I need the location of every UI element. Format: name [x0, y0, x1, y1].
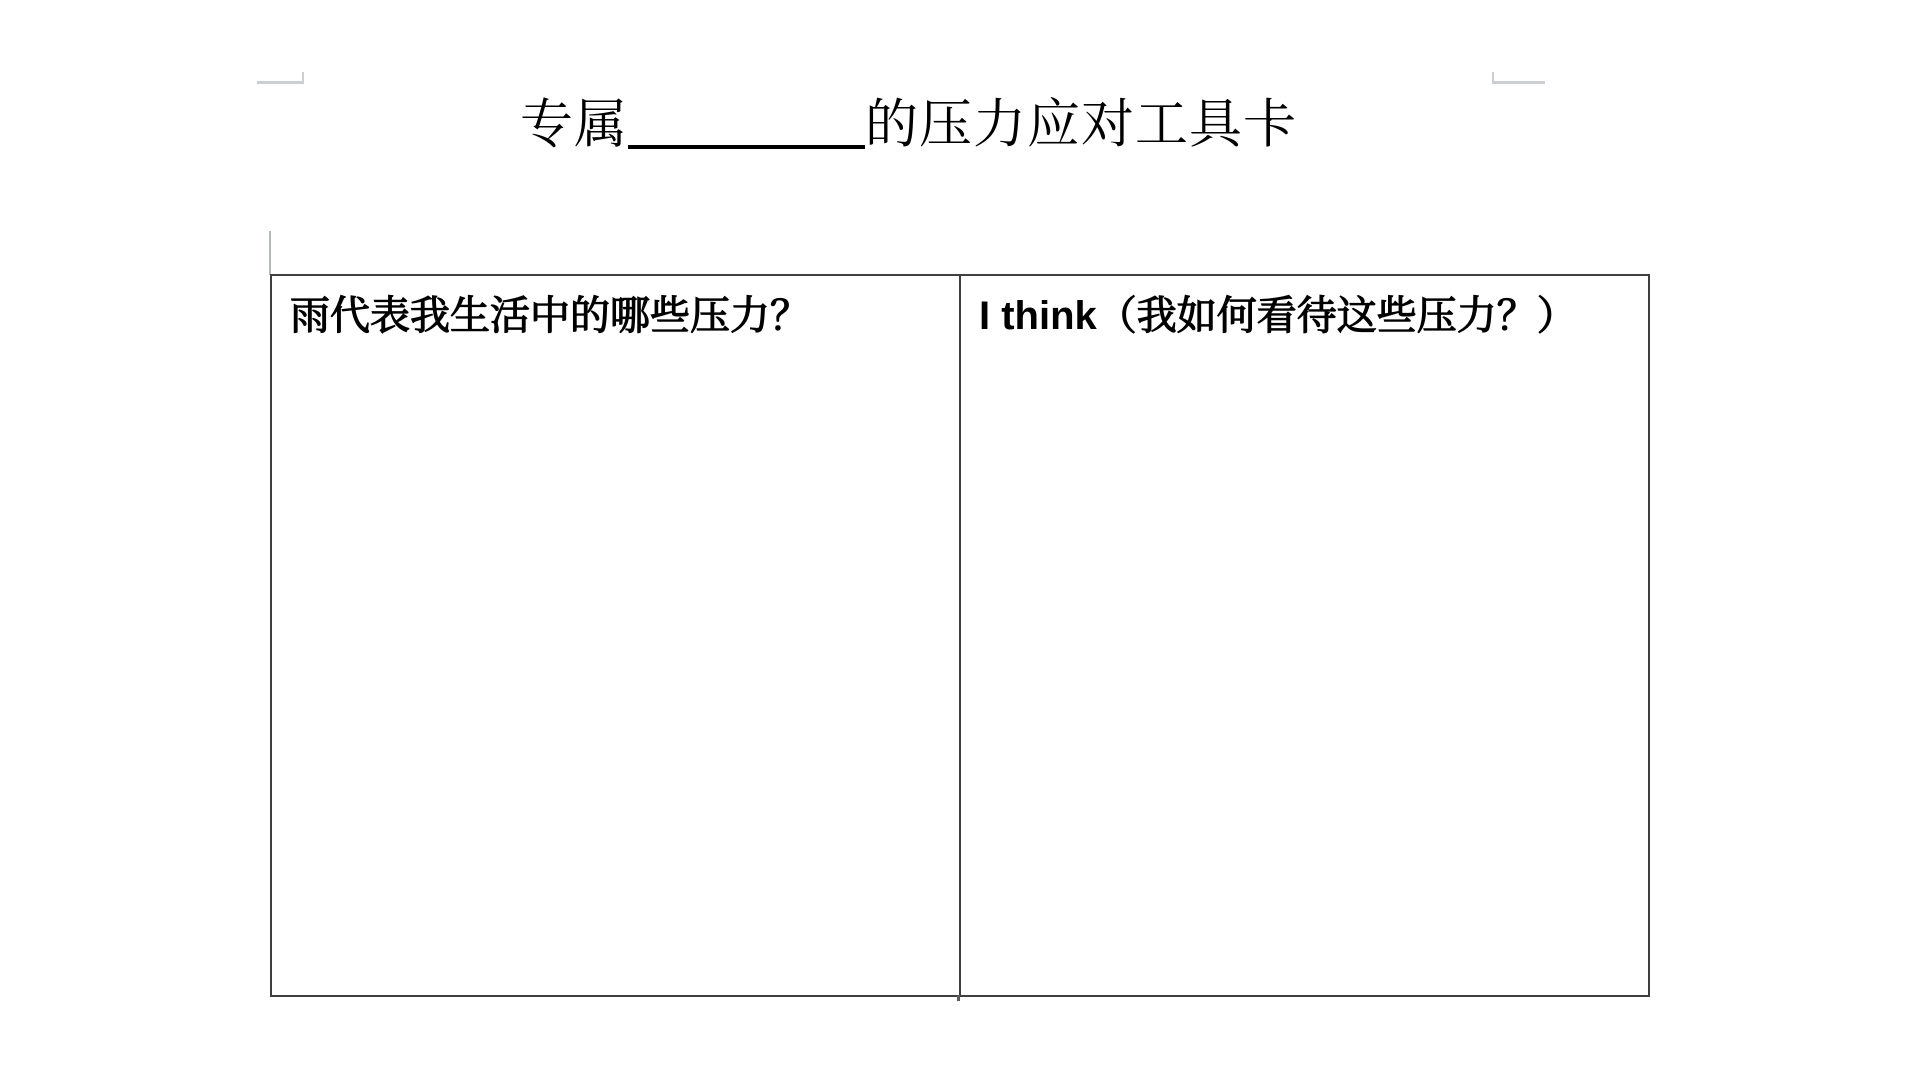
divider-overhang-artifact — [957, 995, 960, 1001]
title-suffix: 的压力应对工具卡 — [865, 96, 1297, 154]
page-title: 专属的压力应对工具卡 — [520, 92, 1297, 158]
right-cell-input-area[interactable] — [961, 342, 1648, 995]
text-boundary-crop-mark-left-icon — [257, 72, 304, 84]
stray-gridline — [269, 231, 271, 275]
table-cell-i-think: I think（我如何看待这些压力？） — [961, 276, 1648, 995]
table-cell-rain-stress: 雨代表我生活中的哪些压力？ — [272, 276, 961, 995]
left-cell-header: 雨代表我生活中的哪些压力？ — [272, 276, 959, 342]
right-cell-header: I think（我如何看待这些压力？） — [961, 276, 1648, 342]
document-page: 专属的压力应对工具卡 雨代表我生活中的哪些压力？ I think（我如何看待这些… — [0, 0, 1920, 1080]
left-cell-input-area[interactable] — [272, 342, 959, 995]
worksheet-table: 雨代表我生活中的哪些压力？ I think（我如何看待这些压力？） — [270, 274, 1650, 997]
title-blank-line[interactable] — [628, 139, 865, 149]
text-boundary-crop-mark-right-icon — [1492, 72, 1545, 84]
title-prefix: 专属 — [520, 96, 628, 154]
